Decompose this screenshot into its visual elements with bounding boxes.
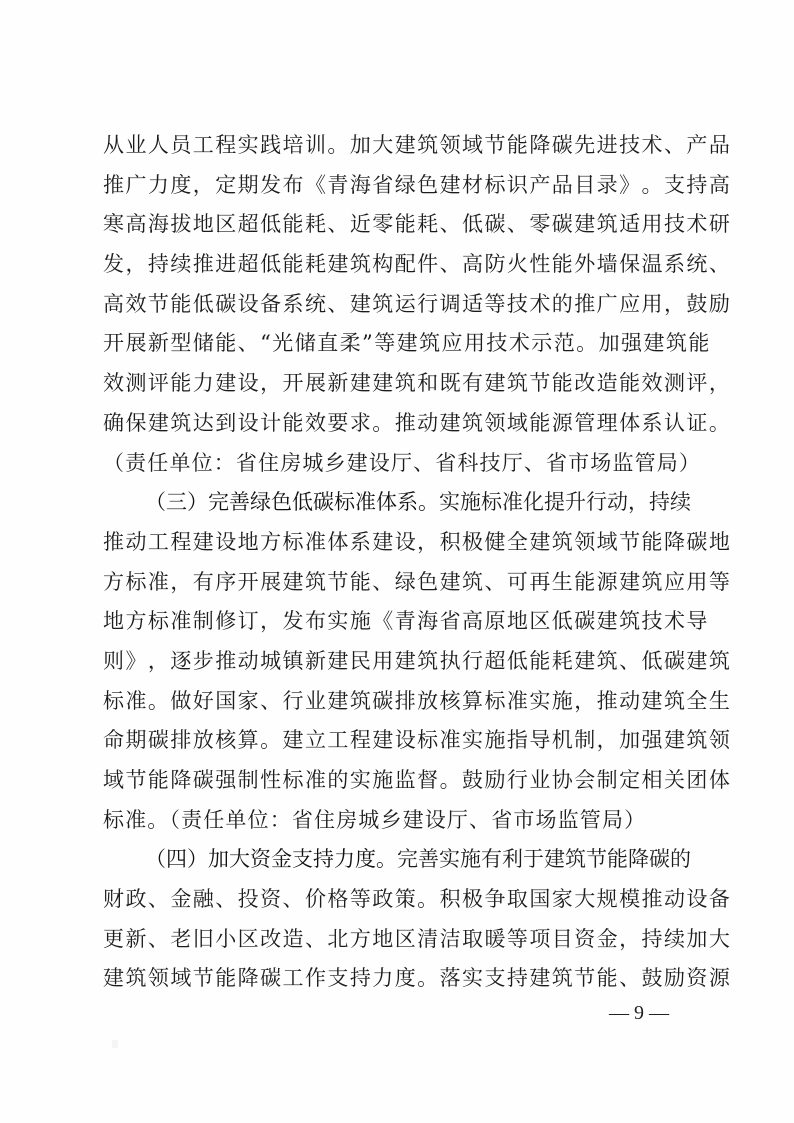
text-line: 发 ， 持 续 推 进 超 低 能 耗 建 筑 构 配 件 、 高 防 火 性 … bbox=[103, 245, 681, 285]
text-line: 命 期 碳 排 放 核 算 。 建 立 工 程 建 设 标 准 实 施 指 导 … bbox=[103, 721, 681, 761]
responsibility-note: （责任单位：省住房城乡建设厅、省科技厅、省市场监管局） bbox=[103, 444, 681, 484]
section-4-text: 完善实施有利于建筑节能降碳的 bbox=[397, 847, 691, 871]
text-line: 寒 高 海 拔 地 区 超 低 能 耗 、 近 零 能 耗 、 低 碳 、 零 … bbox=[103, 205, 681, 245]
text-line: 从 业 人 员 工 程 实 践 培 训 。 加 大 建 筑 领 域 节 能 降 … bbox=[103, 126, 681, 166]
text-line: 则 》 ， 逐 步 推 动 城 镇 新 建 民 用 建 筑 执 行 超 低 能 … bbox=[103, 642, 681, 682]
section-3-heading: （三）完善绿色低碳标准体系。 bbox=[145, 490, 439, 514]
text-line: 域 节 能 降 碳 强 制 性 标 准 的 实 施 监 督 。 鼓 励 行 业 … bbox=[103, 761, 681, 801]
text-line: 地 方 标 准 制 修 订 ， 发 布 实 施 《 青 海 省 高 原 地 区 … bbox=[103, 602, 681, 642]
text-line: 建 筑 领 域 节 能 降 碳 工 作 支 持 力 度 。 落 实 支 持 建 … bbox=[103, 959, 681, 999]
text-line: 推 广 力 度 ， 定 期 发 布 《 青 海 省 绿 色 建 材 标 识 产 … bbox=[103, 166, 681, 206]
page-number: — 9 — bbox=[604, 1000, 674, 1026]
document-body: 从 业 人 员 工 程 实 践 培 训 。 加 大 建 筑 领 域 节 能 降 … bbox=[103, 126, 681, 999]
text-line: 更 新 、 老 旧 小 区 改 造 、 北 方 地 区 清 洁 取 暖 等 项 … bbox=[103, 920, 681, 960]
text-line: 确 保 建 筑 达 到 设 计 能 效 要 求 。 推 动 建 筑 领 域 能 … bbox=[103, 404, 681, 444]
section-4-heading: （四）加大资金支持力度。 bbox=[145, 847, 397, 871]
text-line: 标 准 。 做 好 国 家 、 行 业 建 筑 碳 排 放 核 算 标 准 实 … bbox=[103, 682, 681, 722]
text-line: 方 标 准 ， 有 序 开 展 建 筑 节 能 、 绿 色 建 筑 、 可 再 … bbox=[103, 563, 681, 603]
text-line: 财 政 、 金 融 、 投 资 、 价 格 等 政 策 。 积 极 争 取 国 … bbox=[103, 880, 681, 920]
text-line: 开 展 新 型 储 能 、 “ 光 储 直 柔 ” 等 建 筑 应 用 技 术 … bbox=[103, 324, 681, 364]
document-page: 从 业 人 员 工 程 实 践 培 训 。 加 大 建 筑 领 域 节 能 降 … bbox=[0, 0, 794, 1123]
responsibility-note: 标准。（责任单位：省住房城乡建设厅、省市场监管局） bbox=[103, 801, 681, 841]
scan-artifact bbox=[112, 1040, 118, 1048]
text-line: 效 测 评 能 力 建 设 ， 开 展 新 建 建 筑 和 既 有 建 筑 节 … bbox=[103, 364, 681, 404]
text-line: 推 动 工 程 建 设 地 方 标 准 体 系 建 设 ， 积 极 健 全 建 … bbox=[103, 523, 681, 563]
text-line: 高 效 节 能 低 碳 设 备 系 统 、 建 筑 运 行 调 适 等 技 术 … bbox=[103, 285, 681, 325]
section-3-text: 实施标准化提升行动，持续 bbox=[439, 490, 691, 514]
section-3-first-line: （三）完善绿色低碳标准体系。实施标准化提升行动，持续 bbox=[103, 483, 681, 523]
section-4-first-line: （四）加大资金支持力度。完善实施有利于建筑节能降碳的 bbox=[103, 840, 681, 880]
